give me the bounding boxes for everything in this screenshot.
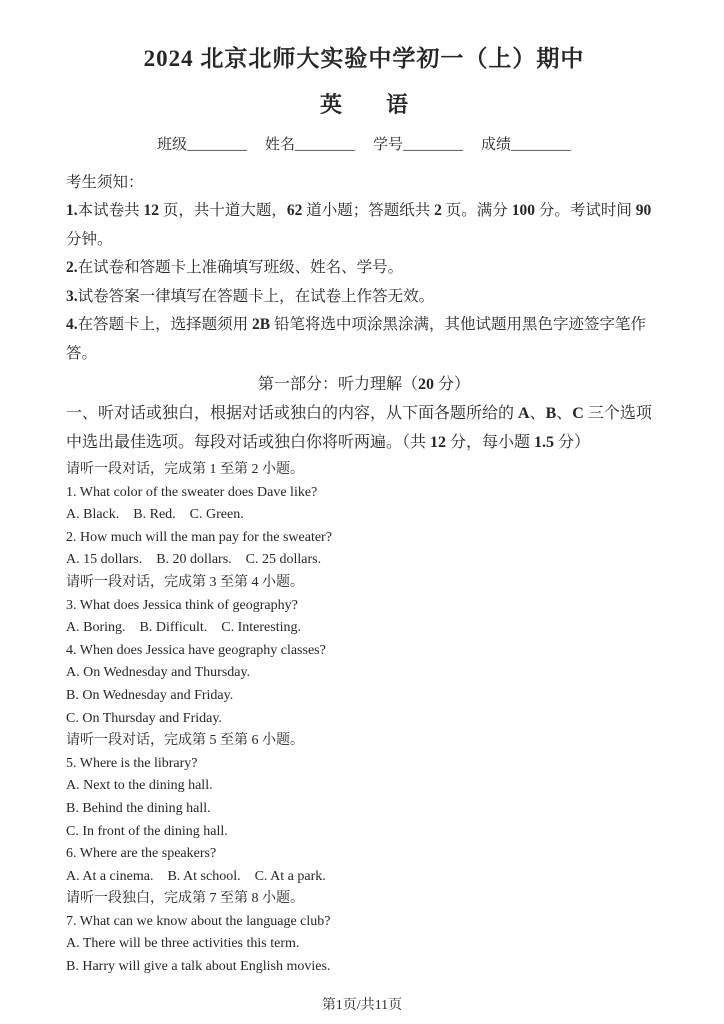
student-id-label: 学号 [373,137,403,153]
bold-number: 2 [434,202,442,219]
text-segment: 、 [556,405,572,422]
notice-heading: 考生须知： [66,169,662,197]
exam-paper-content: 2024 北京北师大实验中学初一（上）期中 英 语 班级________姓名__… [0,0,724,979]
question-2: 2. How much will the man pay for the swe… [66,527,662,550]
question-5-option-c: C. In front of the dining hall. [66,821,662,844]
section1-instructions: 一、听对话或独白，根据对话或独白的内容，从下面各题所给的 A、B、C 三个选项中… [66,399,662,457]
subject-title: 英 语 [66,90,662,119]
name-field: 姓名________ [265,137,355,153]
part1-heading: 第一部分：听力理解（20 分） [66,370,662,399]
text-segment: 试卷答案一律填写在答题卡上，在试卷上作答无效。 [78,288,435,305]
bold-number: 1.5 [534,434,554,451]
question-4-option-c: C. On Thursday and Friday. [66,708,662,731]
bold-number: 62 [287,202,303,219]
listening-cue-7-8: 请听一段独白，完成第 7 至第 8 小题。 [66,888,662,911]
question-6: 6. Where are the speakers? [66,843,662,866]
bold-letter: A [518,405,530,422]
name-label: 姓名 [265,137,295,153]
question-4-option-a: A. On Wednesday and Thursday. [66,662,662,685]
student-info-line: 班级________姓名________学号________成绩________ [66,134,662,156]
bold-letter: B [546,405,557,422]
bold-letter: C [572,405,584,422]
notice-item-1-number: 1. [66,202,78,219]
question-6-options: A. At a cinema. B. At school. C. At a pa… [66,866,662,889]
question-4-option-b: B. On Wednesday and Friday. [66,685,662,708]
text-segment: 页。满分 [442,202,512,219]
class-blank: ________ [187,137,247,153]
notice-item-4: 4.在答题卡上，选择题须用 2B 铅笔将选中项涂黑涂满，其他试题用黑色字迹签字笔… [66,311,662,368]
exam-paper-page: 2024 北京北师大实验中学初一（上）期中 英 语 班级________姓名__… [0,0,724,1024]
bold-number: 100 [512,202,535,219]
question-3-options: A. Boring. B. Difficult. C. Interesting. [66,617,662,640]
question-2-options: A. 15 dollars. B. 20 dollars. C. 25 doll… [66,549,662,572]
text-segment: 页，共十道大题， [159,202,287,219]
bold-number: 2B [252,316,270,333]
text-segment: 本试卷共 [78,202,144,219]
notice-item-2-number: 2. [66,259,78,276]
score-field: 成绩________ [481,137,571,153]
name-blank: ________ [295,137,355,153]
question-1-options: A. Black. B. Red. C. Green. [66,504,662,527]
score-label: 成绩 [481,137,511,153]
listening-cue-3-4: 请听一段对话，完成第 3 至第 4 小题。 [66,572,662,595]
bold-number: 90 [636,202,652,219]
student-id-blank: ________ [403,137,463,153]
question-7-option-a: A. There will be three activities this t… [66,933,662,956]
bold-number: 20 [418,376,434,393]
student-id-field: 学号________ [373,137,463,153]
page-number-footer: 第1页/共11页 [0,994,724,1014]
text-segment: 、 [530,405,546,422]
text-segment: 分，每小题 [446,434,534,451]
text-segment: 分） [434,376,470,393]
text-segment: 在答题卡上，选择题须用 [78,316,252,333]
text-segment: 分） [554,434,590,451]
text-segment: 一、听对话或独白，根据对话或独白的内容，从下面各题所给的 [66,405,518,422]
notice-item-4-number: 4. [66,316,78,333]
question-5-option-b: B. Behind the dining hall. [66,798,662,821]
notice-item-1: 1.本试卷共 12 页，共十道大题，62 道小题；答题纸共 2 页。满分 100… [66,197,662,254]
question-7: 7. What can we know about the language c… [66,911,662,934]
class-field: 班级________ [157,137,247,153]
text-segment: 分。考试时间 [535,202,636,219]
text-segment: 第一部分：听力理解（ [258,376,418,393]
question-3: 3. What does Jessica think of geography? [66,595,662,618]
question-5-option-a: A. Next to the dining hall. [66,775,662,798]
notice-item-2: 2.在试卷和答题卡上准确填写班级、姓名、学号。 [66,254,662,283]
notice-item-3-number: 3. [66,288,78,305]
bold-number: 12 [430,434,446,451]
listening-cue-5-6: 请听一段对话，完成第 5 至第 6 小题。 [66,730,662,753]
question-7-option-b: B. Harry will give a talk about English … [66,956,662,979]
notice-item-3: 3.试卷答案一律填写在答题卡上，在试卷上作答无效。 [66,283,662,312]
bold-number: 12 [144,202,160,219]
question-5: 5. Where is the library? [66,753,662,776]
text-segment: 在试卷和答题卡上准确填写班级、姓名、学号。 [78,259,404,276]
class-label: 班级 [157,137,187,153]
text-segment: 道小题；答题纸共 [302,202,434,219]
question-4: 4. When does Jessica have geography clas… [66,640,662,663]
score-blank: ________ [511,137,571,153]
exam-title: 2024 北京北师大实验中学初一（上）期中 [66,44,662,74]
listening-cue-1-2: 请听一段对话，完成第 1 至第 2 小题。 [66,459,662,482]
question-1: 1. What color of the sweater does Dave l… [66,482,662,505]
